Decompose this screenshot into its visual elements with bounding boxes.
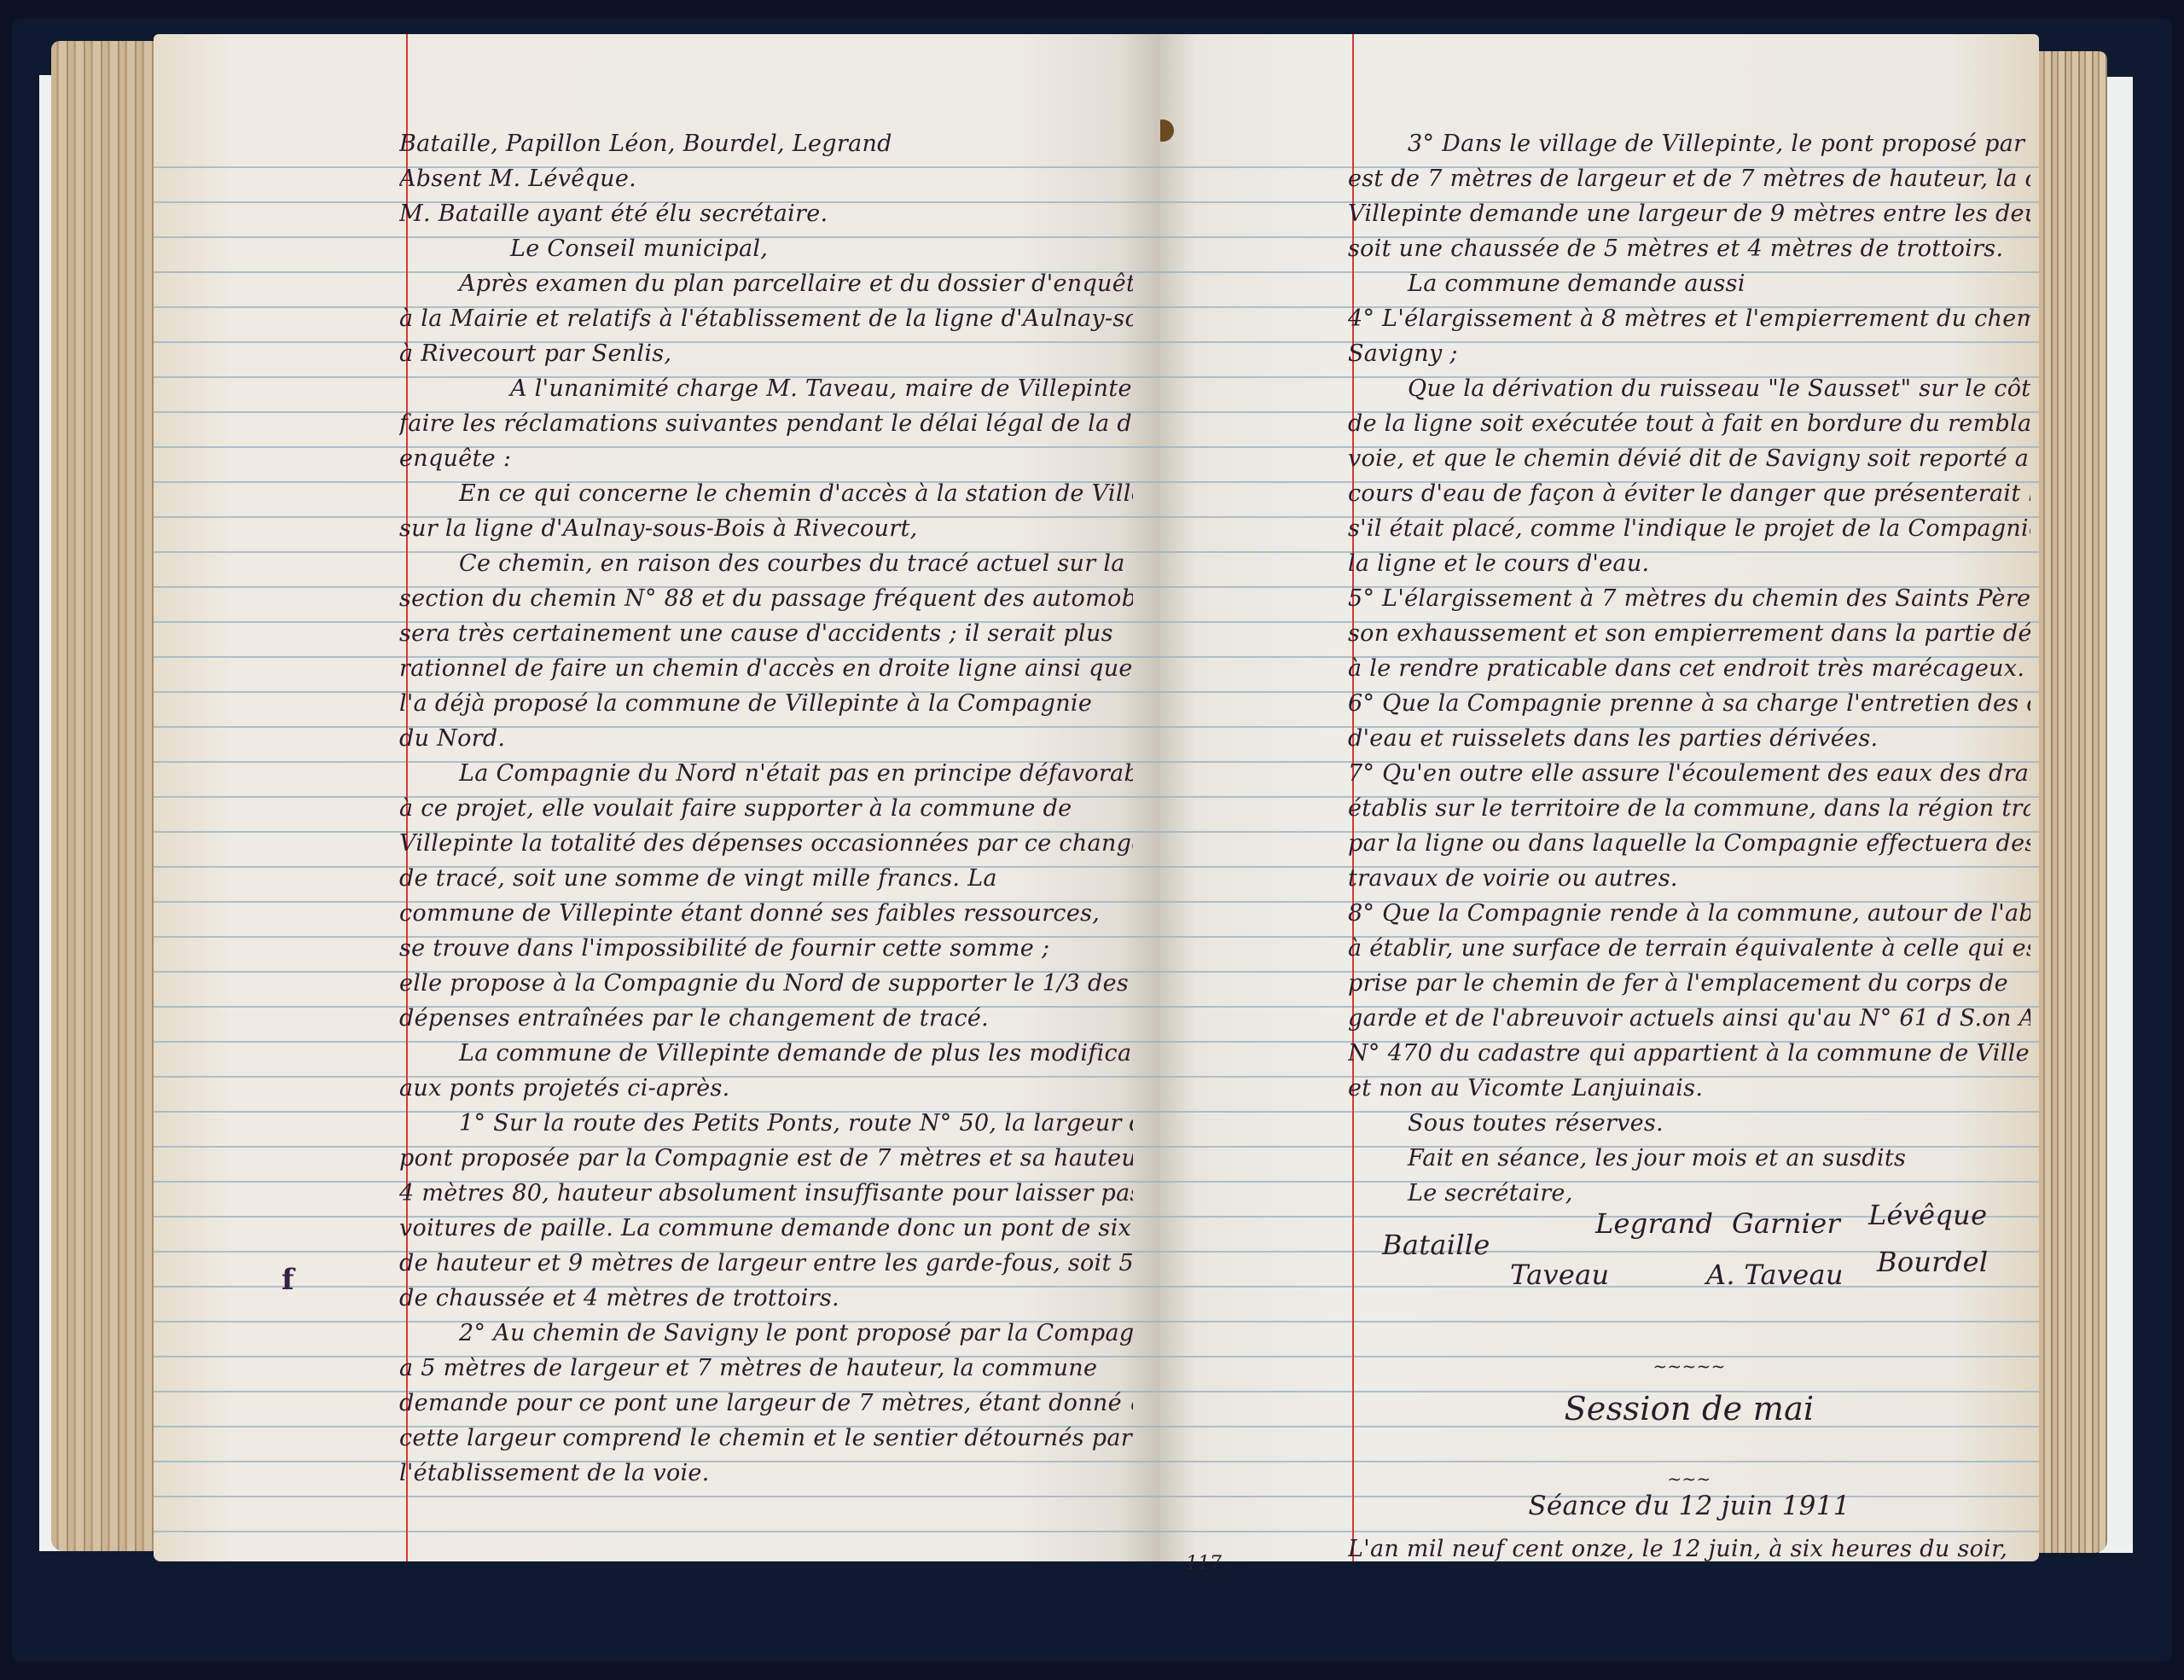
signatures-block: Bataille Legrand Garnier Lévêque Taveau … (1348, 1211, 2030, 1356)
page-edges-left (51, 41, 162, 1551)
text-line: soit une chaussée de 5 mètres et 4 mètre… (1348, 231, 2030, 266)
text-line: rationnel de faire un chemin d'accès en … (399, 651, 1133, 686)
page-edges-right (2039, 51, 2107, 1553)
text-line: La Compagnie du Nord n'était pas en prin… (399, 756, 1133, 791)
text-line: N° 470 du cadastre qui appartient à la c… (1348, 1036, 2030, 1071)
text-line: Villepinte la totalité des dépenses occa… (399, 826, 1133, 861)
signature: Garnier (1732, 1206, 1840, 1241)
decorative-flourish: ~~~ (1348, 1468, 2030, 1489)
text-line: Savigny ; (1348, 336, 2030, 371)
text-line: sur la ligne d'Aulnay-sous-Bois à Riveco… (399, 511, 1133, 546)
text-line: 4° L'élargissement à 8 mètres et l'empie… (1348, 301, 2030, 336)
right-page-text: 3° Dans le village de Villepinte, le pon… (1348, 126, 2030, 1561)
text-line: à le rendre praticable dans cet endroit … (1348, 651, 2030, 686)
text-line: Le Conseil municipal, (399, 231, 1133, 266)
text-line: voie, et que le chemin dévié dit de Savi… (1348, 441, 2030, 476)
text-line: Fait en séance, les jour mois et an susd… (1348, 1141, 2030, 1176)
right-page: 3° Dans le village de Villepinte, le pon… (1160, 34, 2039, 1561)
signature: Legrand (1595, 1206, 1713, 1241)
text-line: 4 mètres 80, hauteur absolument insuffis… (399, 1176, 1133, 1211)
text-line: elle propose à la Compagnie du Nord de s… (399, 966, 1133, 1001)
text-line: 2° Au chemin de Savigny le pont proposé … (399, 1316, 1133, 1351)
text-line: M. Bataille ayant été élu secrétaire. (399, 196, 1133, 231)
text-line: commune de Villepinte étant donné ses fa… (399, 896, 1133, 931)
text-line: de chaussée et 4 mètres de trottoirs. (399, 1281, 1133, 1316)
signature: Lévêque (1868, 1198, 1987, 1233)
text-line: à Rivecourt par Senlis, (399, 336, 1133, 371)
text-line: la ligne et le cours d'eau. (1348, 546, 2030, 581)
text-line: Villepinte demande une largeur de 9 mètr… (1348, 196, 2030, 231)
text-line: pont proposée par la Compagnie est de 7 … (399, 1141, 1133, 1176)
text-line: de tracé, soit une somme de vingt mille … (399, 861, 1133, 896)
text-line: 8° Que la Compagnie rende à la commune, … (1348, 896, 2030, 931)
text-line: section du chemin N° 88 et du passage fr… (399, 581, 1133, 616)
text-line: garde et de l'abreuvoir actuels ainsi qu… (1348, 1001, 2030, 1036)
text-line: à la Mairie et relatifs à l'établissemen… (399, 301, 1133, 336)
text-line: Absent M. Lévêque. (399, 161, 1133, 196)
text-line: Bataille, Papillon Léon, Bourdel, Legran… (399, 126, 1133, 161)
decorative-flourish: ~~~~~ (1348, 1356, 2030, 1376)
seance-title: Séance du 12 juin 1911 (1348, 1489, 2030, 1532)
text-line: est de 7 mètres de largeur et de 7 mètre… (1348, 161, 2030, 196)
text-line: La commune demande aussi (1348, 266, 2030, 301)
signature: Bataille (1382, 1228, 1490, 1263)
page-number: 117. (1186, 1553, 1228, 1574)
text-line: sera très certainement une cause d'accid… (399, 616, 1133, 651)
signature: Taveau (1510, 1258, 1609, 1293)
text-line: prise par le chemin de fer à l'emplaceme… (1348, 966, 2030, 1001)
text-line: se trouve dans l'impossibilité de fourni… (399, 931, 1133, 966)
text-line: du Nord. (399, 721, 1133, 756)
text-line: 7° Qu'en outre elle assure l'écoulement … (1348, 756, 2030, 791)
text-line: dépenses entraînées par le changement de… (399, 1001, 1133, 1036)
text-line: Ce chemin, en raison des courbes du trac… (399, 546, 1133, 581)
text-line: La commune de Villepinte demande de plus… (399, 1036, 1133, 1071)
text-line: voitures de paille. La commune demande d… (399, 1211, 1133, 1246)
text-line: l'établissement de la voie. (399, 1456, 1133, 1491)
text-line: 5° L'élargissement à 7 mètres du chemin … (1348, 581, 2030, 616)
text-line: enquête : (399, 441, 1133, 476)
text-line: par la ligne ou dans laquelle la Compagn… (1348, 826, 2030, 861)
text-line: A l'unanimité charge M. Taveau, maire de… (399, 371, 1133, 406)
text-line: son exhaussement et son empierrement dan… (1348, 616, 2030, 651)
text-line: 1° Sur la route des Petits Ponts, route … (399, 1106, 1133, 1141)
text-line: cette largeur comprend le chemin et le s… (399, 1421, 1133, 1456)
text-line: l'a déjà proposé la commune de Villepint… (399, 686, 1133, 721)
text-line: de hauteur et 9 mètres de largeur entre … (399, 1246, 1133, 1281)
text-line: établis sur le territoire de la commune,… (1348, 791, 2030, 826)
text-line: cours d'eau de façon à éviter le danger … (1348, 476, 2030, 511)
open-register-book: Bataille, Papillon Léon, Bourdel, Legran… (26, 34, 2158, 1647)
text-line: de la ligne soit exécutée tout à fait en… (1348, 406, 2030, 441)
text-line: travaux de voirie ou autres. (1348, 861, 2030, 896)
text-line: aux ponts projetés ci-après. (399, 1071, 1133, 1106)
text-line: faire les réclamations suivantes pendant… (399, 406, 1133, 441)
signature: A. Taveau (1706, 1258, 1844, 1293)
session-title: Session de mai (1348, 1376, 2030, 1468)
text-line: à ce projet, elle voulait faire supporte… (399, 791, 1133, 826)
text-line: d'eau et ruisselets dans les parties dér… (1348, 721, 2030, 756)
text-line: Que la dérivation du ruisseau "le Sausse… (1348, 371, 2030, 406)
text-line: Sous toutes réserves. (1348, 1106, 2030, 1141)
text-line: 3° Dans le village de Villepinte, le pon… (1348, 126, 2030, 161)
text-line: a 5 mètres de largeur et 7 mètres de hau… (399, 1351, 1133, 1386)
text-line: En ce qui concerne le chemin d'accès à l… (399, 476, 1133, 511)
text-line: L'an mil neuf cent onze, le 12 juin, à s… (1348, 1532, 2030, 1561)
left-page-text: Bataille, Papillon Léon, Bourdel, Legran… (399, 126, 1133, 1491)
signature: Bourdel (1877, 1245, 1988, 1280)
left-page: Bataille, Papillon Léon, Bourdel, Legran… (154, 34, 1160, 1561)
text-line: à établir, une surface de terrain équiva… (1348, 931, 2030, 966)
text-line: Après examen du plan parcellaire et du d… (399, 266, 1133, 301)
margin-mark: f (282, 1263, 294, 1297)
text-line: 6° Que la Compagnie prenne à sa charge l… (1348, 686, 2030, 721)
text-line: s'il était placé, comme l'indique le pro… (1348, 511, 2030, 546)
text-line: et non au Vicomte Lanjuinais. (1348, 1071, 2030, 1106)
text-line: demande pour ce pont une largeur de 7 mè… (399, 1386, 1133, 1421)
